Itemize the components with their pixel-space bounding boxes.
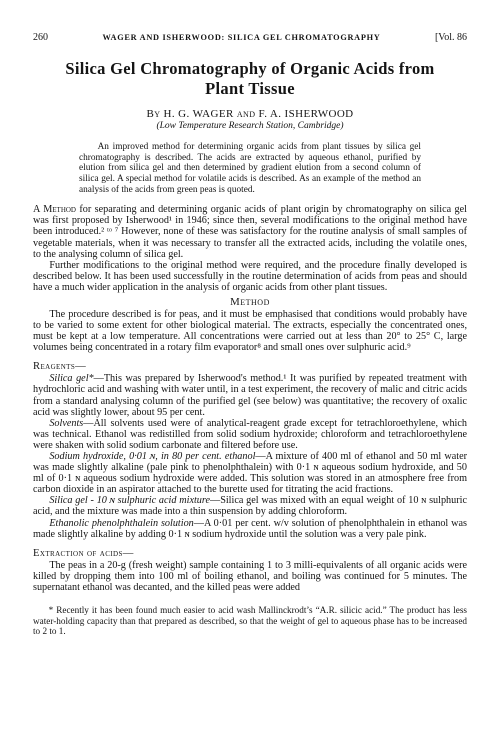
running-title: WAGER AND ISHERWOOD: SILICA GEL CHROMATO… — [102, 33, 380, 42]
reagent-item-solvents: Solvents—All solvents used were of analy… — [33, 418, 467, 451]
reagent-text: —All solvents used were of analytical-re… — [33, 418, 467, 451]
article-title: Silica Gel Chromatography of Organic Aci… — [33, 59, 467, 99]
reagent-lead: Solvents — [49, 418, 83, 429]
article-title-line2: Plant Tissue — [33, 79, 467, 99]
abstract: An improved method for determining organ… — [79, 142, 421, 195]
reagent-item-silica-gel: Silica gel*—This was prepared by Isherwo… — [33, 373, 467, 417]
reagent-lead: Silica gel* — [49, 373, 93, 384]
section-heading-method: Method — [33, 296, 467, 308]
journal-page: 260 WAGER AND ISHERWOOD: SILICA GEL CHRO… — [0, 0, 500, 731]
volume-label: [Vol. 86 — [435, 32, 467, 43]
article-body: A Method for separating and determining … — [33, 204, 467, 593]
intro-paragraph-2: Further modifications to the original me… — [33, 260, 467, 293]
page-number: 260 — [33, 32, 48, 43]
reagent-text: —This was prepared by Isherwood's method… — [33, 373, 467, 417]
reagent-lead: Ethanolic phenolphthalein solution — [49, 518, 193, 529]
byline: By H. G. WAGER and F. A. ISHERWOOD — [33, 108, 467, 120]
section-heading-reagents: Reagents— — [33, 361, 467, 372]
reagent-item-sodium-hydroxide: Sodium hydroxide, 0·01 ɴ, in 80 per cent… — [33, 451, 467, 495]
reagent-item-phenolphthalein: Ethanolic phenolphthalein solution—A 0·0… — [33, 518, 467, 540]
footnote: * Recently it has been found much easier… — [33, 605, 467, 637]
running-header: 260 WAGER AND ISHERWOOD: SILICA GEL CHRO… — [33, 32, 467, 43]
article-title-line1: Silica Gel Chromatography of Organic Aci… — [33, 59, 467, 79]
reagent-lead: Silica gel - 10 ɴ sulphuric acid mixture — [49, 495, 210, 506]
intro-lead: A Method — [33, 204, 76, 215]
intro-paragraph-1-text: for separating and determining organic a… — [33, 204, 467, 259]
section-heading-extraction: Extraction of acids— — [33, 548, 467, 559]
intro-paragraph-1: A Method for separating and determining … — [33, 204, 467, 259]
method-paragraph-1: The procedure described is for peas, and… — [33, 309, 467, 353]
reagent-item-silica-gel-sulphuric: Silica gel - 10 ɴ sulphuric acid mixture… — [33, 495, 467, 517]
extraction-paragraph-1: The peas in a 20-g (fresh weight) sample… — [33, 560, 467, 593]
affiliation: (Low Temperature Research Station, Cambr… — [33, 121, 467, 131]
reagent-lead: Sodium hydroxide, 0·01 ɴ, in 80 per cent… — [49, 451, 255, 462]
